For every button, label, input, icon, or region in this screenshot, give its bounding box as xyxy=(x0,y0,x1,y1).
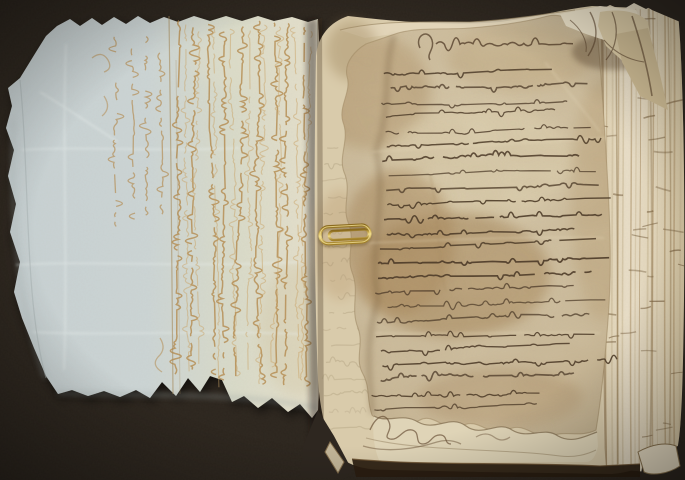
vignette xyxy=(0,0,685,480)
manuscript-photo xyxy=(0,0,685,480)
archival-photograph: Photograph of an early-modern manuscript… xyxy=(0,0,685,480)
